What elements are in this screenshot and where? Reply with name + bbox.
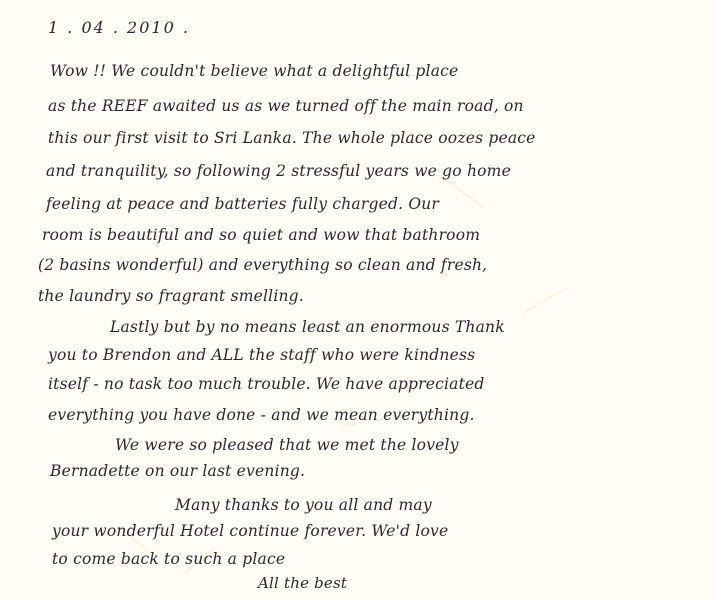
letter-line: feeling at peace and batteries fully cha…	[46, 195, 439, 213]
letter-line: your wonderful Hotel continue forever. W…	[52, 522, 448, 540]
letter-line: We were so pleased that we met the lovel…	[115, 436, 459, 454]
letter-date: 1 . 04 . 2010 .	[48, 18, 190, 37]
letter-line: (2 basins wonderful) and everything so c…	[38, 256, 487, 274]
letter-line: this our first visit to Sri Lanka. The w…	[48, 129, 536, 147]
letter-line: you to Brendon and ALL the staff who wer…	[48, 346, 475, 364]
letter-line: as the REEF awaited us as we turned off …	[48, 97, 524, 115]
letter-line: to come back to such a place	[52, 550, 285, 568]
handwritten-letter: 1 . 04 . 2010 . Wow !! We couldn't belie…	[0, 0, 715, 600]
letter-line: Lastly but by no means least an enormous…	[110, 318, 505, 336]
letter-line: itself - no task too much trouble. We ha…	[48, 375, 485, 393]
letter-line: Wow !! We couldn't believe what a deligh…	[50, 62, 458, 80]
letter-line: Many thanks to you all and may	[175, 496, 432, 514]
letter-line: and tranquility, so following 2 stressfu…	[46, 162, 511, 180]
letter-line: room is beautiful and so quiet and wow t…	[42, 226, 480, 244]
closing: All the best	[258, 574, 347, 592]
letter-line: everything you have done - and we mean e…	[48, 406, 475, 424]
paper-fibre	[523, 288, 567, 314]
letter-line: the laundry so fragrant smelling.	[38, 287, 304, 305]
letter-line: Bernadette on our last evening.	[50, 462, 305, 480]
